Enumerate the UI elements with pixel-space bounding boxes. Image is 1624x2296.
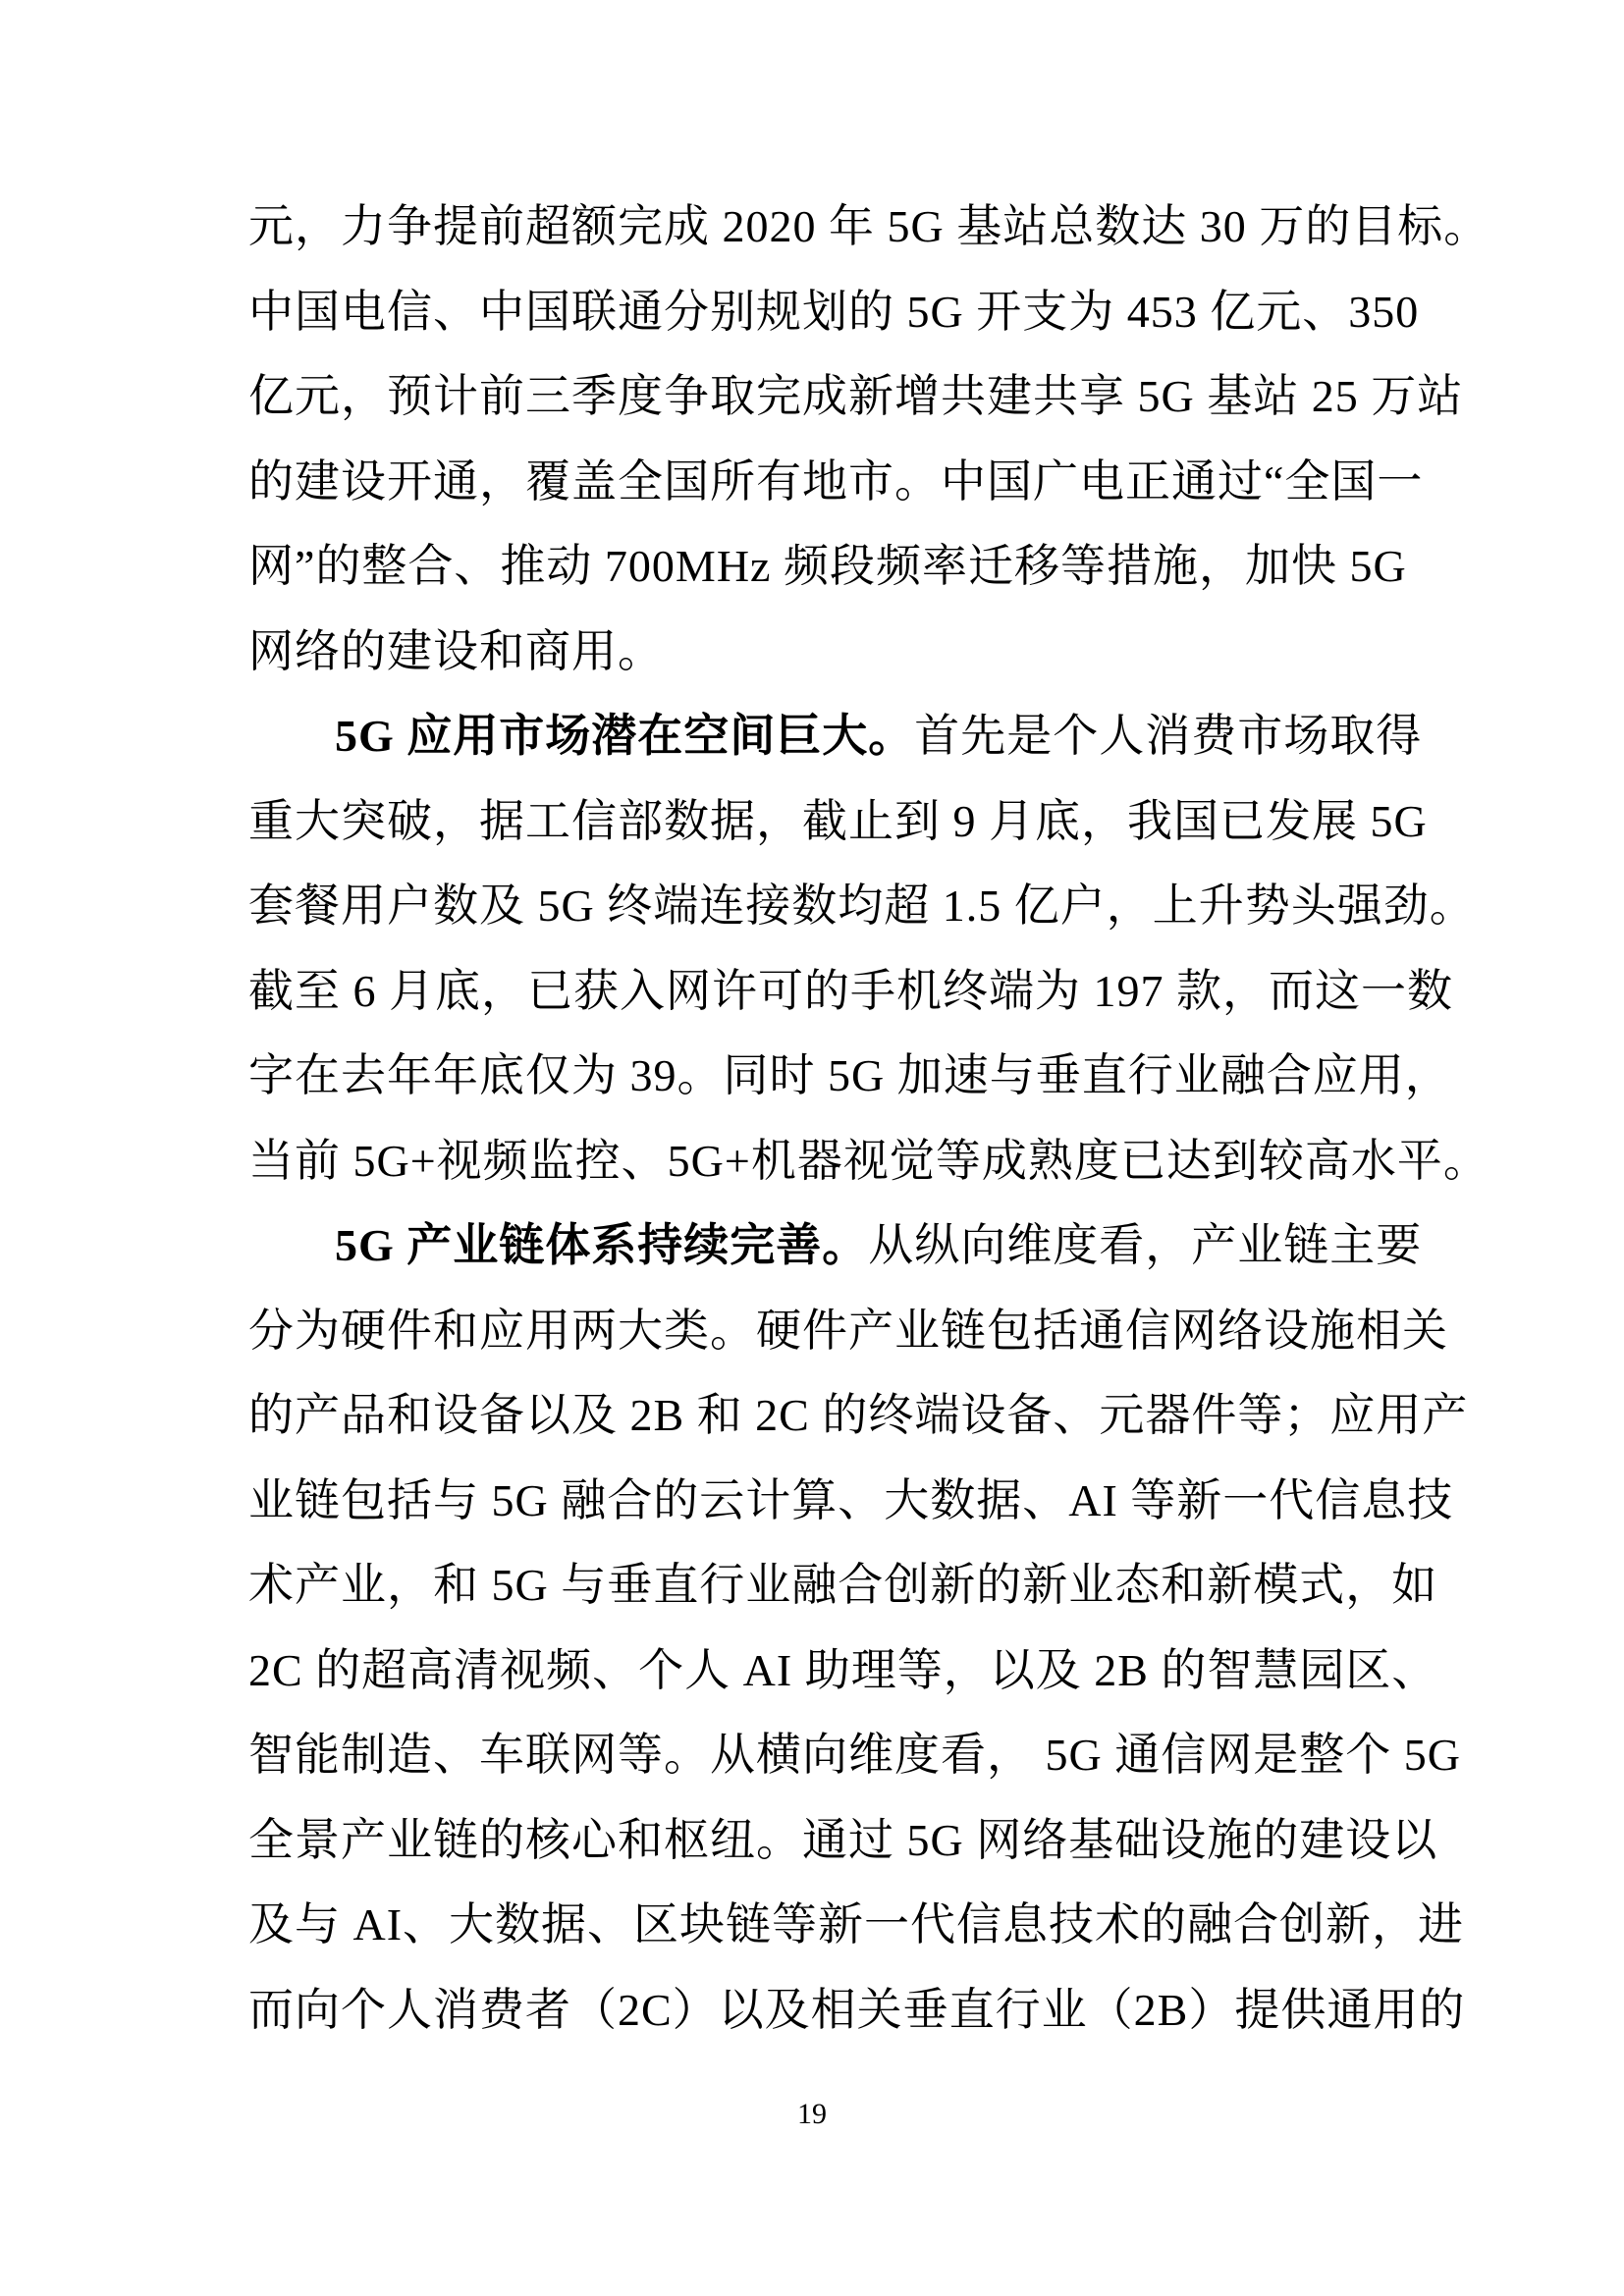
text-line: 的产品和设备以及 2B 和 2C 的终端设备、元器件等；应用产 — [248, 1373, 1376, 1459]
text-line: 的建设开通，覆盖全国所有地市。中国广电正通过“全国一 — [248, 440, 1376, 525]
paragraph-1: 元，力争提前超额完成 2020 年 5G 基站总数达 30 万的目标。 中国电信… — [248, 185, 1376, 694]
text-line: 字在去年年底仅为 39。同时 5G 加速与垂直行业融合应用， — [248, 1034, 1376, 1119]
text-line: 术产业，和 5G 与垂直行业融合创新的新业态和新模式，如 — [248, 1543, 1376, 1629]
text-line: 亿元，预计前三季度争取完成新增共建共享 5G 基站 25 万站 — [248, 354, 1376, 440]
text-line: 智能制造、车联网等。从横向维度看， 5G 通信网是整个 5G — [248, 1713, 1376, 1798]
paragraph-2: 5G 应用市场潜在空间巨大。首先是个人消费市场取得 重大突破，据工信部数据，截止… — [248, 694, 1376, 1203]
document-page: 元，力争提前超额完成 2020 年 5G 基站总数达 30 万的目标。 中国电信… — [0, 0, 1624, 2296]
page-number: 19 — [0, 2099, 1624, 2130]
text-run: 从纵向维度看，产业链主要 — [868, 1220, 1422, 1270]
text-line: 及与 AI、大数据、区块链等新一代信息技术的融合创新，进 — [248, 1883, 1376, 1968]
text-run: 首先是个人消费市场取得 — [914, 711, 1422, 761]
text-line: 分为硬件和应用两大类。硬件产业链包括通信网络设施相关 — [248, 1289, 1376, 1374]
paragraph-3: 5G 产业链体系持续完善。从纵向维度看，产业链主要 分为硬件和应用两大类。硬件产… — [248, 1203, 1376, 2053]
text-line: 截至 6 月底，已获入网许可的手机终端为 197 款，而这一数 — [248, 949, 1376, 1035]
text-line: 网”的整合、推动 700MHz 频段频率迁移等措施，加快 5G — [248, 524, 1376, 610]
text-line: 套餐用户数及 5G 终端连接数均超 1.5 亿户，上升势头强劲。 — [248, 864, 1376, 949]
text-line: 业链包括与 5G 融合的云计算、大数据、AI 等新一代信息技 — [248, 1459, 1376, 1544]
text-line: 2C 的超高清视频、个人 AI 助理等，以及 2B 的智慧园区、 — [248, 1629, 1376, 1714]
text-line: 5G 产业链体系持续完善。从纵向维度看，产业链主要 — [248, 1203, 1376, 1289]
text-line: 元，力争提前超额完成 2020 年 5G 基站总数达 30 万的目标。 — [248, 185, 1376, 270]
text-line: 5G 应用市场潜在空间巨大。首先是个人消费市场取得 — [248, 694, 1376, 779]
text-block: 元，力争提前超额完成 2020 年 5G 基站总数达 30 万的目标。 中国电信… — [248, 185, 1376, 2053]
text-line: 重大突破，据工信部数据，截止到 9 月底，我国已发展 5G — [248, 779, 1376, 865]
text-line: 网络的建设和商用。 — [248, 610, 1376, 695]
paragraph-lead-bold: 5G 产业链体系持续完善。 — [335, 1220, 868, 1270]
text-line: 而向个人消费者（2C）以及相关垂直行业（2B）提供通用的 — [248, 1968, 1376, 2054]
text-line: 全景产业链的核心和枢纽。通过 5G 网络基础设施的建设以 — [248, 1798, 1376, 1884]
paragraph-lead-bold: 5G 应用市场潜在空间巨大。 — [335, 711, 914, 761]
text-line: 当前 5G+视频监控、5G+机器视觉等成熟度已达到较高水平。 — [248, 1119, 1376, 1204]
text-line: 中国电信、中国联通分别规划的 5G 开支为 453 亿元、350 — [248, 270, 1376, 355]
